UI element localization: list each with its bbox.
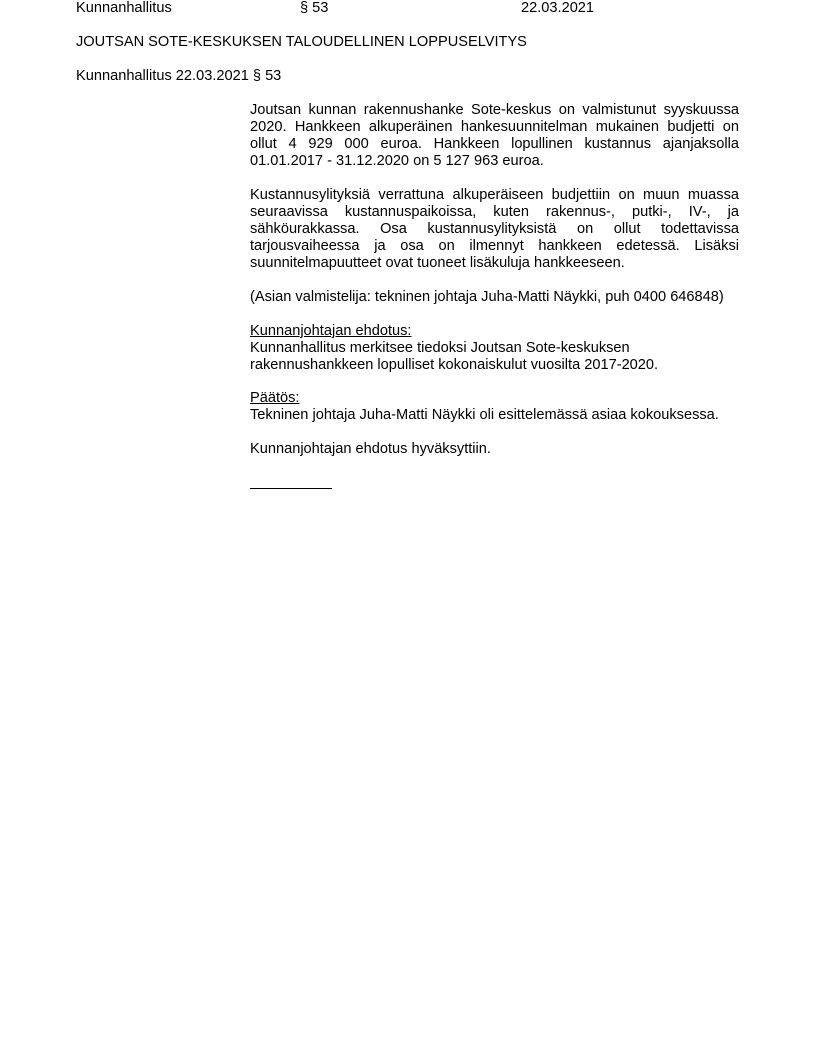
proposal-heading: Kunnanjohtajan ehdotus: bbox=[250, 323, 770, 340]
decision-section: Päätös: Tekninen johtaja Juha-Matti Näyk… bbox=[250, 390, 770, 424]
header-section: § 53 bbox=[300, 0, 328, 17]
header-body: Kunnanhallitus bbox=[76, 0, 172, 17]
document-title: JOUTSAN SOTE-KESKUKSEN TALOUDELLINEN LOP… bbox=[76, 34, 527, 51]
proposal-line-2: rakennushankkeen lopulliset kokonaiskulu… bbox=[250, 357, 770, 374]
paragraph-project-cost: Joutsan kunnan rakennushanke Sote-keskus… bbox=[250, 102, 739, 170]
preparer-block: (Asian valmistelija: tekninen johtaja Ju… bbox=[250, 289, 770, 306]
meeting-reference: Kunnanhallitus 22.03.2021 § 53 bbox=[76, 68, 281, 85]
paragraph-overruns-block: Kustannusylityksiä verrattuna alkuperäis… bbox=[250, 187, 739, 272]
proposal-line-1: Kunnanhallitus merkitsee tiedoksi Joutsa… bbox=[250, 340, 770, 357]
proposal-section: Kunnanjohtajan ehdotus: Kunnanhallitus m… bbox=[250, 323, 770, 374]
decision-result-block: Kunnanjohtajan ehdotus hyväksyttiin. bbox=[250, 441, 770, 458]
paragraph-background: Joutsan kunnan rakennushanke Sote-keskus… bbox=[250, 102, 739, 170]
header-date: 22.03.2021 bbox=[521, 0, 594, 17]
decision-result: Kunnanjohtajan ehdotus hyväksyttiin. bbox=[250, 441, 770, 458]
end-divider bbox=[250, 488, 332, 489]
preparer-note: (Asian valmistelija: tekninen johtaja Ju… bbox=[250, 289, 770, 306]
decision-heading: Päätös: bbox=[250, 390, 770, 407]
paragraph-cost-overruns: Kustannusylityksiä verrattuna alkuperäis… bbox=[250, 187, 739, 272]
decision-text: Tekninen johtaja Juha-Matti Näykki oli e… bbox=[250, 407, 770, 424]
